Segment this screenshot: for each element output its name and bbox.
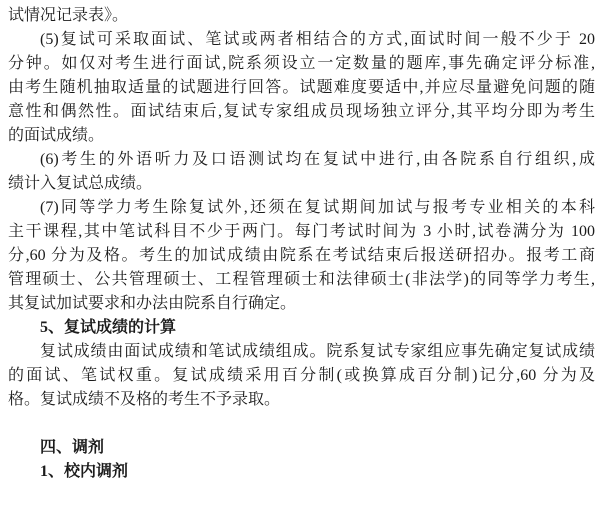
section-heading: 四、调剂 — [8, 436, 595, 460]
body-text-line: 分钟。如仅对考生进行面试,院系须设立一定数量的题库,事先确定评分标准, — [8, 52, 595, 76]
subsection-heading: 5、复试成绩的计算 — [8, 316, 595, 340]
body-text-line: 绩计入复试总成绩。 — [8, 172, 595, 196]
body-text-line: 的面试、笔试权重。复试成绩采用百分制(或换算成百分制)记分,60 分为及 — [8, 364, 595, 388]
body-text-line: (6)考生的外语听力及口语测试均在复试中进行,由各院系自行组织,成 — [8, 148, 595, 172]
body-text-line: (5)复试可采取面试、笔试或两者相结合的方式,面试时间一般不少于 20 — [8, 28, 595, 52]
body-text-line: 的面试成绩。 — [8, 124, 595, 148]
body-text-line: 由考生随机抽取适量的试题进行回答。试题难度要适中,并应尽量避免问题的随 — [8, 76, 595, 100]
subsection-heading: 1、校内调剂 — [8, 460, 595, 484]
body-text-line: 管理硕士、公共管理硕士、工程管理硕士和法律硕士(非法学)的同等学力考生, — [8, 268, 595, 292]
body-text-line: 试情况记录表》。 — [8, 4, 595, 28]
body-text-line: 格。复试成绩不及格的考生不予录取。 — [8, 388, 595, 412]
body-text-line: 分,60 分为及格。考生的加试成绩由院系在考试结束后报送研招办。报考工商 — [8, 244, 595, 268]
blank-line — [8, 412, 595, 436]
document-page: 试情况记录表》。 (5)复试可采取面试、笔试或两者相结合的方式,面试时间一般不少… — [0, 0, 602, 508]
body-text-line: 复试成绩由面试成绩和笔试成绩组成。院系复试专家组应事先确定复试成绩 — [8, 340, 595, 364]
body-text-line: 主干课程,其中笔试科目不少于两门。每门考试时间为 3 小时,试卷满分为 100 — [8, 220, 595, 244]
body-text-line: 其复试加试要求和办法由院系自行确定。 — [8, 292, 595, 316]
body-text-line: 意性和偶然性。面试结束后,复试专家组成员现场独立评分,其平均分即为考生 — [8, 100, 595, 124]
body-text-line: (7)同等学力考生除复试外,还须在复试期间加试与报考专业相关的本科 — [8, 196, 595, 220]
